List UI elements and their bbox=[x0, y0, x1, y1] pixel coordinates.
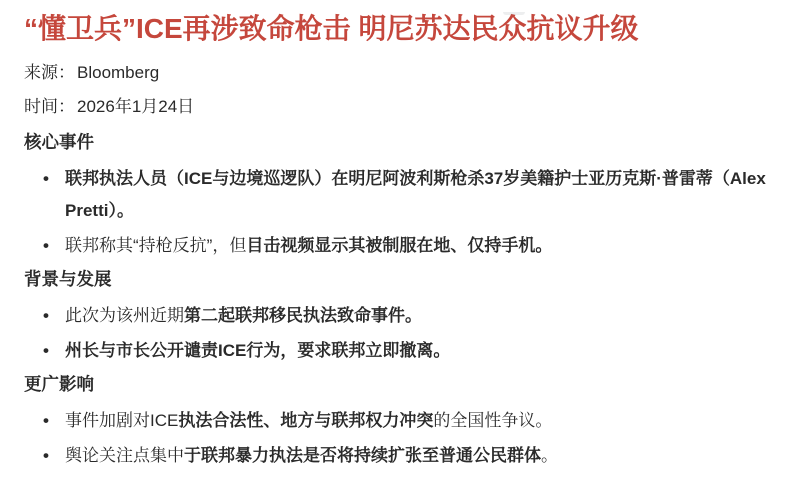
emphasis-text: 执法合法性、地方与联邦权力冲突 bbox=[178, 411, 433, 430]
meta-date-label: 时间： bbox=[24, 97, 75, 116]
bullet-list: 此次为该州近期第二起联邦移民执法致命事件。州长与市长公开谴责ICE行为，要求联邦… bbox=[24, 300, 790, 367]
bullet-list: 联邦执法人员（ICE与边境巡逻队）在明尼阿波利斯枪杀37岁美籍护士亚历克斯·普雷… bbox=[24, 163, 790, 262]
section-heading-2: 背景与发展 bbox=[24, 267, 790, 291]
emphasis-text: 于联邦暴力执法是否将持续扩张至普通公民群体 bbox=[184, 446, 541, 465]
emphasis-text: 州长与市长公开谴责ICE行为，要求联邦立即撤离。 bbox=[65, 341, 450, 360]
text-run: 。 bbox=[541, 446, 558, 465]
text-run: 此次为该州近期 bbox=[65, 306, 184, 325]
news-summary-document: “懂卫兵”ICE再涉致命枪击 明尼苏达民众抗议升级 来源：Bloomberg 时… bbox=[0, 12, 800, 472]
clipped-top-artifact bbox=[503, 12, 525, 15]
emphasis-text: 联邦执法人员（ICE与边境巡逻队）在明尼阿波利斯枪杀37岁美籍护士亚历克斯·普雷… bbox=[65, 169, 766, 220]
list-item: 舆论关注点集中于联邦暴力执法是否将持续扩张至普通公民群体。 bbox=[41, 440, 790, 472]
article-title: “懂卫兵”ICE再涉致命枪击 明尼苏达民众抗议升级 bbox=[24, 12, 790, 46]
meta-date-line: 时间：2026年1月24日 bbox=[24, 96, 790, 117]
list-item: 州长与市长公开谴责ICE行为，要求联邦立即撤离。 bbox=[41, 335, 790, 367]
emphasis-text: 目击视频显示其被制服在地、仅持手机。 bbox=[246, 236, 552, 255]
meta-source-value: Bloomberg bbox=[77, 63, 159, 82]
list-item: 联邦执法人员（ICE与边境巡逻队）在明尼阿波利斯枪杀37岁美籍护士亚历克斯·普雷… bbox=[41, 163, 790, 227]
list-item: 此次为该州近期第二起联邦移民执法致命事件。 bbox=[41, 300, 790, 332]
text-run: 舆论关注点集中 bbox=[65, 446, 184, 465]
bullet-list: 事件加剧对ICE执法合法性、地方与联邦权力冲突的全国性争议。舆论关注点集中于联邦… bbox=[24, 405, 790, 472]
text-run: 联邦称其“持枪反抗”，但 bbox=[65, 236, 246, 255]
sections-container: 核心事件联邦执法人员（ICE与边境巡逻队）在明尼阿波利斯枪杀37岁美籍护士亚历克… bbox=[24, 130, 790, 472]
emphasis-text: 第二起联邦移民执法致命事件。 bbox=[184, 306, 422, 325]
meta-source-label: 来源： bbox=[24, 63, 75, 82]
list-item: 联邦称其“持枪反抗”，但目击视频显示其被制服在地、仅持手机。 bbox=[41, 230, 790, 262]
section-heading-1: 核心事件 bbox=[24, 130, 790, 154]
text-run: 事件加剧对ICE bbox=[65, 411, 178, 430]
text-run: 的全国性争议。 bbox=[433, 411, 552, 430]
list-item: 事件加剧对ICE执法合法性、地方与联邦权力冲突的全国性争议。 bbox=[41, 405, 790, 437]
meta-source-line: 来源：Bloomberg bbox=[24, 62, 790, 83]
section-heading-3: 更广影响 bbox=[24, 372, 790, 396]
meta-date-value: 2026年1月24日 bbox=[77, 97, 194, 116]
